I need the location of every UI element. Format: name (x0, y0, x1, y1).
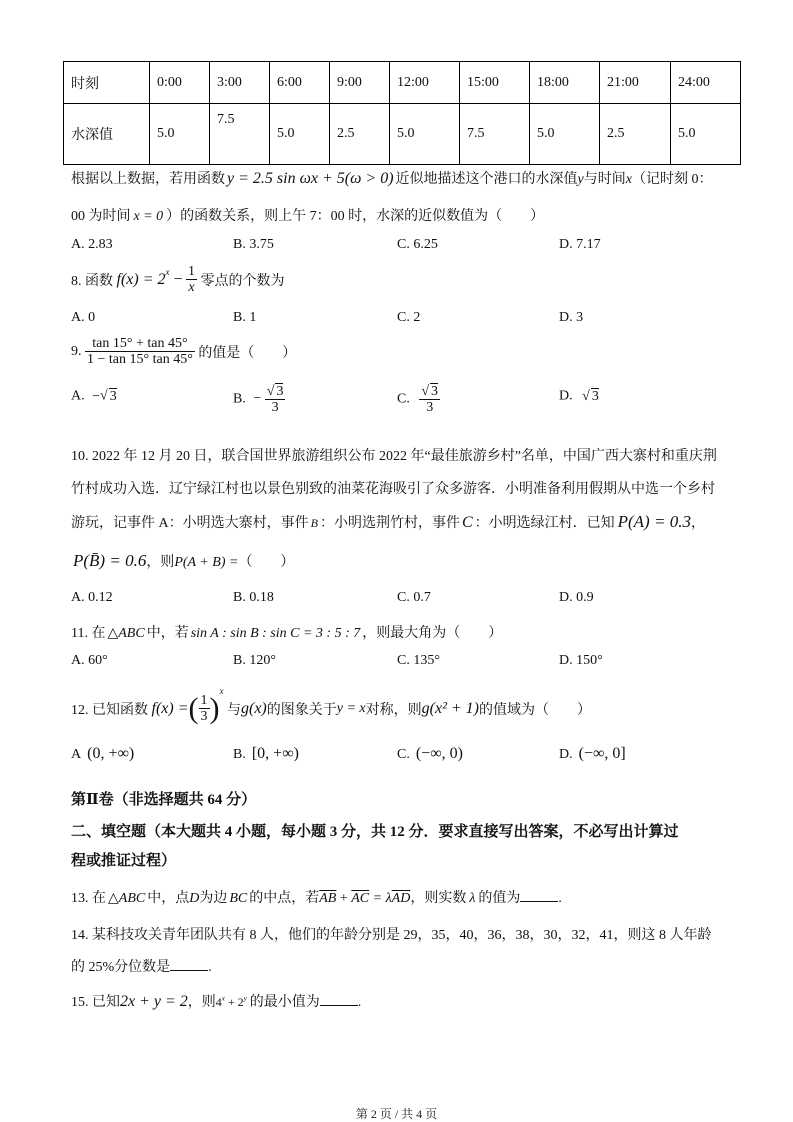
table-cell: 5.0 (270, 104, 330, 165)
q11-option-c[interactable]: C. 135° (397, 653, 440, 669)
q15-text: 15. 已知 (71, 995, 120, 1010)
q13-side: BC (229, 891, 247, 906)
q13-text: 13. 在 (71, 891, 106, 906)
q15-text: ，则 (188, 995, 216, 1010)
q11-option-b[interactable]: B. 120° (233, 653, 276, 669)
period: . (358, 995, 362, 1010)
q13-triangle: △ABC (108, 891, 145, 906)
q7-option-b[interactable]: B. 3.75 (233, 237, 274, 253)
q8-func: f(x) = 2 (117, 271, 166, 288)
option-label: D. (559, 747, 573, 762)
q10-pa: P(A) = 0.3 (618, 512, 691, 531)
q7-option-a[interactable]: A. 2.83 (71, 237, 113, 253)
table-cell: 5.0 (390, 104, 460, 165)
q11-triangle: △ABC (107, 626, 144, 641)
q10-text: 游玩，记事件 A：小明选大寨村，事件 (71, 516, 309, 531)
option-label: B. (233, 747, 246, 762)
plus: + (336, 891, 351, 906)
q12-option-b[interactable]: B.[0, +∞) (233, 745, 299, 763)
q8-option-b[interactable]: B. 1 (233, 310, 256, 326)
q9-option-a[interactable]: A. −√3 (71, 388, 117, 405)
q15-exp: y (244, 994, 247, 1002)
fraction: √33 (265, 383, 286, 416)
q15-expr: + 2 (225, 995, 244, 1009)
q7-formula: y = 2.5 sin ωx + 5(ω > 0) (227, 170, 394, 187)
radicand: 3 (275, 383, 283, 399)
q10-line3: 游玩，记事件 A：小明选大寨村，事件B：小明选荆竹村，事件C：小明选绿江村．已知… (71, 512, 705, 532)
q9-fraction: tan 15° + tan 45°1 − tan 15° tan 45° (85, 336, 195, 368)
q8-text: 零点的个数为 (201, 274, 285, 289)
option-value: (−∞, 0] (579, 745, 626, 762)
q7-text: 根据以上数据，若用函数 (71, 172, 225, 187)
q9-text: 的值是（ ） (198, 346, 296, 361)
frac-den: 3 (419, 400, 440, 415)
q12-stem: 12. 已知函数 f(x) =(13)x 与g(x)的图象关于y = x对称，则… (71, 686, 591, 726)
q15-stem: 15. 已知2x + y = 2，则4x + 2y的最小值为. (71, 991, 361, 1011)
q11-ratio: sin A : sin B : sin C = 3 : 5 : 7 (191, 626, 361, 641)
q12-gx2: g(x² + 1) (422, 700, 479, 717)
q12-text: 的值域为（ ） (479, 703, 591, 718)
answer-blank[interactable] (520, 889, 558, 902)
q7-text: 与时间 (584, 172, 626, 187)
row-label: 时刻 (64, 62, 150, 104)
table-cell: 24:00 (671, 62, 741, 104)
q10-option-c[interactable]: C. 0.7 (397, 590, 431, 606)
q12-sym: y = x (337, 701, 366, 716)
section2-heading-line2: 程或推证过程） (71, 849, 176, 870)
q7-text: ）的函数关系，则上午 7：00 时，水深的近似数值为（ ） (166, 209, 544, 224)
q7-option-c[interactable]: C. 6.25 (397, 237, 438, 253)
q9-option-c[interactable]: C. √33 (397, 383, 440, 416)
q10-text: ，则 (146, 555, 174, 570)
table-cell: 6:00 (270, 62, 330, 104)
q10-line4: P(B̄) = 0.6，则P(A + B) =（ ） (73, 551, 294, 571)
q13-vector-ac: AC (351, 891, 369, 906)
table-cell: 3:00 (210, 62, 270, 104)
q12-gx: g(x) (241, 700, 267, 717)
page-footer: 第 2 页 / 共 4 页 (0, 1105, 793, 1122)
frac-den: 3 (199, 709, 210, 724)
minus: − (253, 391, 261, 406)
q11-option-a[interactable]: A. 60° (71, 653, 108, 669)
q11-text: ，则最大角为（ ） (362, 626, 502, 641)
q13-text: 的值为 (478, 891, 520, 906)
frac-den: x (186, 280, 197, 295)
q13-point: D (189, 891, 199, 906)
frac-num: 1 (199, 693, 210, 709)
q15-text: 的最小值为 (250, 995, 320, 1010)
q10-option-d[interactable]: D. 0.9 (559, 590, 594, 606)
frac-den: 1 − tan 15° tan 45° (85, 352, 195, 367)
option-label: A. (71, 389, 85, 404)
q7-text: （记时刻 0： (632, 172, 713, 187)
q10-pb: P(B̄) = 0.6 (73, 551, 146, 570)
table-cell: 9:00 (330, 62, 390, 104)
q9-option-b[interactable]: B. − √33 (233, 383, 285, 416)
q13-vector-ad: AD (392, 891, 411, 906)
q7-text: 00 为时间 (71, 209, 131, 224)
q8-fraction: 1x (186, 264, 197, 296)
section2-title: 第Ⅱ卷（非选择题共 64 分） (71, 788, 256, 809)
q13-text: 中，点 (147, 891, 189, 906)
frac-num: 1 (186, 264, 197, 280)
q8-minus: − (170, 271, 183, 288)
q9-text: 9. (71, 344, 82, 359)
q8-text: 8. 函数 (71, 274, 113, 289)
table-cell: 18:00 (530, 62, 600, 104)
table-cell: 15:00 (460, 62, 530, 104)
q10-pab: P(A + B) = (174, 555, 238, 570)
option-label: B. (233, 391, 246, 406)
q12-text: 的图象关于 (267, 703, 337, 718)
q8-option-a[interactable]: A. 0 (71, 310, 95, 326)
q12-text: 12. 已知函数 (71, 703, 148, 718)
frac-den: 3 (265, 400, 286, 415)
q7-line1: 根据以上数据，若用函数y = 2.5 sin ωx + 5(ω > 0)近似地描… (71, 168, 712, 188)
radicand: 3 (430, 383, 438, 399)
q8-stem: 8. 函数 f(x) = 2x − 1x 零点的个数为 (71, 264, 285, 296)
q13-lambda: λ (469, 891, 475, 906)
q11-text: 中，若 (147, 626, 189, 641)
q12-text: 与 (227, 703, 241, 718)
sqrt-icon: √ (100, 389, 108, 404)
option-value: (−∞, 0) (416, 745, 463, 762)
table-cell: 2.5 (330, 104, 390, 165)
q12-text: 对称，则 (366, 703, 422, 718)
q12-exp: x (220, 686, 224, 696)
section2-heading-line1: 二、填空题（本大题共 4 小题，每小题 3 分，共 12 分．要求直接写出答案，… (71, 820, 679, 841)
table-cell: 5.0 (530, 104, 600, 165)
q10-text: ：小明选绿江村．已知 (475, 516, 615, 531)
radicand: 3 (109, 388, 117, 405)
q9-stem: 9. tan 15° + tan 45°1 − tan 15° tan 45° … (71, 336, 296, 368)
left-paren: ( (189, 692, 199, 725)
q7-text: 近似地描述这个港口的水深值 (396, 172, 578, 187)
q10-line2: 竹村成功入选．辽宁绿江村也以景色别致的油菜花海吸引了众多游客．小明准备利用假期从… (71, 478, 715, 498)
q11-option-d[interactable]: D. 150° (559, 653, 603, 669)
q11-stem: 11. 在△ABC中，若sin A : sin B : sin C = 3 : … (71, 622, 502, 642)
q12-option-d[interactable]: D.(−∞, 0] (559, 745, 626, 763)
period: . (208, 960, 212, 975)
answer-blank[interactable] (170, 958, 208, 971)
table-cell: 7.5 (460, 104, 530, 165)
q10-event: C (462, 514, 473, 531)
q10-event: B (311, 516, 318, 530)
q7-line2: 00 为时间x = 0）的函数关系，则上午 7：00 时，水深的近似数值为（ ） (71, 205, 544, 225)
q8-option-c[interactable]: C. 2 (397, 310, 420, 326)
q12-fx: f(x) = (152, 700, 189, 717)
water-depth-table: 时刻 0:00 3:00 6:00 9:00 12:00 15:00 18:00… (63, 61, 741, 165)
q13-text: ，则实数 (410, 891, 466, 906)
q14-line2: 的 25%分位数是. (71, 956, 212, 976)
option-label: D. (559, 389, 573, 404)
q13-stem: 13. 在△ABC中，点D为边BC的中点，若AB + AC = λAD，则实数λ… (71, 887, 562, 907)
q13-vector-ab: AB (319, 891, 336, 906)
radicand: 3 (591, 388, 599, 405)
q14-text: 的 25%分位数是 (71, 960, 170, 975)
table-cell: 2.5 (600, 104, 671, 165)
q10-option-b[interactable]: B. 0.18 (233, 590, 274, 606)
minus: − (92, 389, 100, 404)
table-row-depth: 水深值 5.0 7.5 5.0 2.5 5.0 7.5 5.0 2.5 5.0 (64, 104, 741, 165)
q8-option-d[interactable]: D. 3 (559, 310, 583, 326)
sqrt-icon: √ (582, 389, 590, 404)
fraction: √33 (419, 383, 440, 416)
option-label: C. (397, 747, 410, 762)
frac-num: tan 15° + tan 45° (85, 336, 195, 352)
sqrt-icon: √ (421, 384, 429, 399)
option-label: A (71, 747, 81, 762)
period: . (558, 891, 562, 906)
q13-text: 的中点，若 (249, 891, 319, 906)
row-label: 水深值 (64, 104, 150, 165)
table-cell: 12:00 (390, 62, 460, 104)
option-value: (0, +∞) (87, 745, 134, 762)
q15-cond: 2x + y = 2 (120, 993, 188, 1010)
option-value: [0, +∞) (252, 745, 299, 762)
table-cell: 5.0 (150, 104, 210, 165)
equals: = λ (369, 891, 392, 906)
right-paren: ) (210, 692, 220, 725)
option-label: C. (397, 391, 410, 406)
q9-option-d[interactable]: D. √3 (559, 388, 599, 405)
table-cell: 21:00 (600, 62, 671, 104)
q7-option-d[interactable]: D. 7.17 (559, 237, 601, 253)
q7-cond: x = 0 (134, 209, 164, 224)
sqrt-icon: √ (267, 384, 275, 399)
q10-option-a[interactable]: A. 0.12 (71, 590, 113, 606)
table-row-time: 时刻 0:00 3:00 6:00 9:00 12:00 15:00 18:00… (64, 62, 741, 104)
q12-option-c[interactable]: C.(−∞, 0) (397, 745, 463, 763)
q13-text: 为边 (199, 891, 227, 906)
table-cell: 7.5 (210, 104, 270, 165)
answer-blank[interactable] (320, 993, 358, 1006)
q12-base-fraction: 13 (199, 693, 210, 725)
q11-text: 11. 在 (71, 626, 105, 641)
q10-line1: 10. 2022 年 12 月 20 日，联合国世界旅游组织公布 2022 年“… (71, 445, 717, 465)
q10-text: ：小明选荆竹村，事件 (320, 516, 460, 531)
q10-text: ， (691, 516, 705, 531)
table-cell: 5.0 (671, 104, 741, 165)
q14-line1: 14. 某科技攻关青年团队共有 8 人，他们的年龄分别是 29，35，40，36… (71, 924, 712, 944)
q12-option-a[interactable]: A(0, +∞) (71, 745, 134, 763)
q10-text: （ ） (238, 555, 294, 570)
table-cell: 0:00 (150, 62, 210, 104)
